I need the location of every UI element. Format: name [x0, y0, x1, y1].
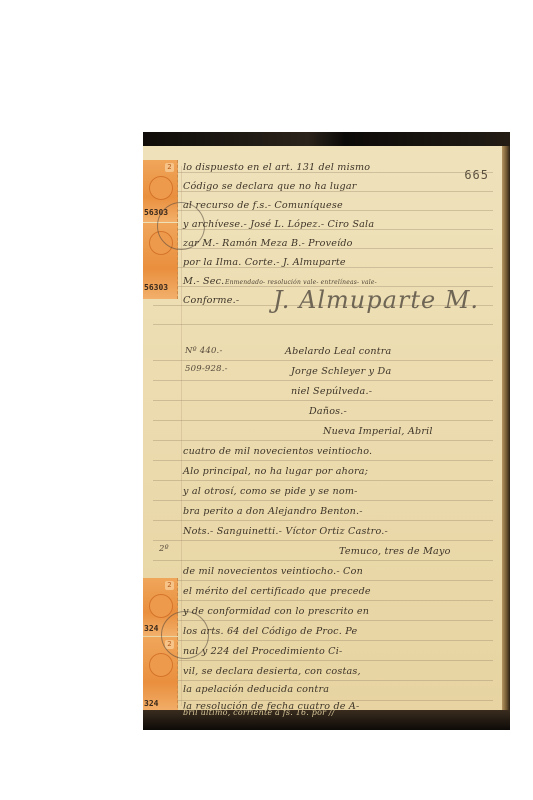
interlineation-note: Enmendado- resolución vale- entrelíneas-… [225, 279, 377, 286]
ruled-line [153, 560, 493, 561]
ruled-line [153, 440, 493, 441]
entry2-body: cuatro de mil novecientos veintiocho. [183, 446, 372, 457]
ruled-line [153, 380, 493, 381]
entry2-body: bra perito a don Alejandro Benton.- [183, 506, 363, 517]
book-bottom-edge: bril último, corriente a fs. 16. por // [143, 710, 510, 730]
entry3-marker: 2º [159, 544, 169, 554]
ruled-line [153, 520, 493, 521]
stamp-serial: 56303 [143, 283, 178, 292]
book-top-edge [143, 132, 510, 146]
entry1-line: lo dispuesto en el art. 131 del mismo [183, 162, 370, 173]
entry3-line: Temuco, tres de Mayo [339, 546, 451, 557]
signature: J. Almuparte M. [273, 286, 479, 314]
entry1-line: y archívese.- José L. López.- Ciro Sala [183, 219, 374, 230]
ruled-line [153, 460, 493, 461]
entry2-caption: Jorge Schleyer y Da [291, 366, 391, 377]
page-number: 665 [464, 168, 489, 182]
entry1-line: Código se declara que no ha lugar [183, 181, 357, 192]
ruled-line [153, 420, 493, 421]
ruled-line [153, 680, 493, 681]
entry2-body: Nots.- Sanguinetti.- Víctor Ortiz Castro… [183, 526, 388, 537]
entry2-caption: Daños.- [309, 406, 347, 417]
entry2-ref: 509-928.- [185, 364, 228, 374]
ruled-line [153, 540, 493, 541]
ruled-line [153, 660, 493, 661]
entry1-line: zar M.- Ramón Meza B.- Proveído [183, 238, 353, 249]
stamp-emblem-icon [149, 594, 173, 618]
entry1-closing: Conforme.- [183, 295, 239, 306]
ruled-line [153, 480, 493, 481]
stamp-serial: 324 [143, 699, 178, 708]
stamp-emblem-icon [149, 653, 173, 677]
stamp-emblem-icon [149, 176, 173, 200]
entry1-line: M.- Sec. [183, 276, 224, 287]
ruled-line [153, 324, 493, 325]
entry1-line: al recurso de f.s.- Comuníquese [183, 200, 343, 211]
entry2-body: Alo principal, no ha lugar por ahora; [183, 466, 368, 477]
entry2-number: Nº 440.- [185, 346, 223, 356]
ruled-line [153, 600, 493, 601]
ruled-line [153, 500, 493, 501]
stamp-denomination: 2 [165, 163, 174, 172]
ledger-paper: 665 2 56303 56303 lo dispuesto en el art… [143, 146, 503, 712]
ruled-line [153, 360, 493, 361]
entry2-caption: niel Sepúlveda.- [291, 386, 372, 397]
entry3-line: los arts. 64 del Código de Proc. Pe [183, 626, 357, 637]
entry2-body: y al otrosí, como se pide y se nom- [183, 486, 358, 497]
entry3-line: y de conformidad con lo prescrito en [183, 606, 369, 617]
entry2-body: Nueva Imperial, Abril [323, 426, 433, 437]
entry3-line: la apelación deducida contra [183, 684, 329, 695]
entry3-line: el mérito del certificado que precede [183, 586, 371, 597]
book-spine-edge [502, 146, 510, 730]
stamp-denomination: 2 [165, 581, 174, 590]
ruled-line [153, 580, 493, 581]
ruled-line [153, 400, 493, 401]
entry3-line-cut: bril último, corriente a fs. 16. por // [183, 708, 335, 717]
entry2-caption: Abelardo Leal contra [285, 346, 391, 357]
entry3-line: nal y 224 del Procedimiento Ci- [183, 646, 342, 657]
ledger-page-frame: 665 2 56303 56303 lo dispuesto en el art… [143, 132, 510, 730]
entry1-line: por la Ilma. Corte.- J. Almuparte [183, 257, 346, 268]
entry3-line: vil, se declara desierta, con costas, [183, 666, 361, 677]
entry3-line: de mil novecientos veintiocho.- Con [183, 566, 363, 577]
